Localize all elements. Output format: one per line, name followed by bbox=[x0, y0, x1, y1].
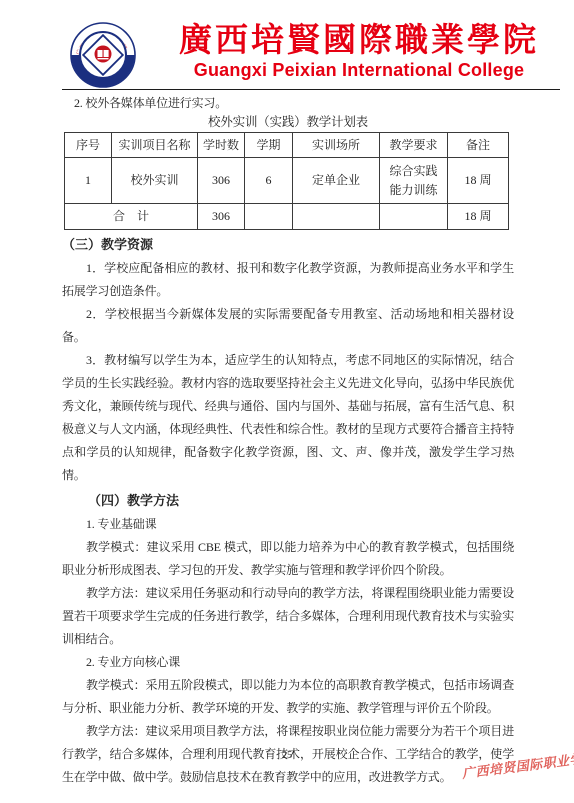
col-header-requirement: 教学要求 bbox=[380, 133, 448, 158]
section4-heading: （四）教学方法 bbox=[62, 491, 514, 513]
section3-heading: （三）教学资源 bbox=[62, 235, 514, 257]
table-row: 1 校外实训 306 6 定单企业 综合实践 能力训练 18 周 bbox=[65, 158, 509, 204]
section4-sub2-paragraph-1: 教学模式：采用五阶段模式，即以能力为本位的高职教育教学模式，包括市场调查与分析、… bbox=[62, 674, 514, 720]
cell-semester: 6 bbox=[245, 158, 293, 204]
document-body: 2. 校外各媒体单位进行实习。 校外实训（实践）教学计划表 序号 实训项目名称 … bbox=[62, 93, 514, 789]
section3-paragraph-1: 1．学校应配备相应的教材、报刊和数字化教学资源，为教师提高业务水平和学生拓展学习… bbox=[62, 257, 514, 303]
col-header-seq: 序号 bbox=[65, 133, 112, 158]
section4-sub1-paragraph-1: 教学模式：建议采用 CBE 模式，即以能力培养为中心的教育教学模式，包括围绕职业… bbox=[62, 536, 514, 582]
section3-paragraph-3: 3．教材编写以学生为本，适应学生的认知特点，考虑不同地区的实际情况，结合学员的生… bbox=[62, 349, 514, 487]
section4-sub1-paragraph-2: 教学方法：建议采用任务驱动和行动导向的教学方法，将课程围绕职业能力需要设置若干项… bbox=[62, 582, 514, 651]
cell-total-semester bbox=[245, 204, 293, 230]
cell-name: 校外实训 bbox=[112, 158, 198, 204]
section3-paragraph-2: 2．学校根据当今新媒体发展的实际需要配备专用教室、活动场地和相关器材设备。 bbox=[62, 303, 514, 349]
college-title-zh: 廣西培賢國際職業學院 bbox=[158, 22, 560, 60]
cell-seq: 1 bbox=[65, 158, 112, 204]
cell-requirement: 综合实践 能力训练 bbox=[380, 158, 448, 204]
section4-sub1-title: 1. 专业基础课 bbox=[62, 513, 514, 536]
header-divider bbox=[62, 89, 560, 90]
cell-note: 18 周 bbox=[448, 158, 509, 204]
col-header-note: 备注 bbox=[448, 133, 509, 158]
table-header-row: 序号 实训项目名称 学时数 学期 实训场所 教学要求 备注 bbox=[65, 133, 509, 158]
page-header: 广西培贤国际职业学院 GUANGXI PEIXIAN INTERNATIONAL… bbox=[62, 22, 560, 88]
col-header-location: 实训场所 bbox=[293, 133, 380, 158]
col-header-semester: 学期 bbox=[245, 133, 293, 158]
table-total-row: 合 计 306 18 周 bbox=[65, 204, 509, 230]
cell-total-hours: 306 bbox=[198, 204, 245, 230]
document-page: 广西培贤国际职业学院 GUANGXI PEIXIAN INTERNATIONAL… bbox=[0, 0, 574, 803]
intro-line: 2. 校外各媒体单位进行实习。 bbox=[62, 93, 514, 114]
col-header-hours: 学时数 bbox=[198, 133, 245, 158]
col-header-name: 实训项目名称 bbox=[112, 133, 198, 158]
cell-total-location bbox=[293, 204, 380, 230]
cell-total-note: 18 周 bbox=[448, 204, 509, 230]
cell-total-requirement bbox=[380, 204, 448, 230]
table-title: 校外实训（实践）教学计划表 bbox=[62, 114, 514, 131]
cell-location: 定单企业 bbox=[293, 158, 380, 204]
training-plan-table: 序号 实训项目名称 学时数 学期 实训场所 教学要求 备注 1 校外实训 306… bbox=[64, 132, 509, 230]
section4-sub2-title: 2. 专业方向核心课 bbox=[62, 651, 514, 674]
emblem-center bbox=[95, 46, 112, 63]
cell-hours: 306 bbox=[198, 158, 245, 204]
college-titles: 廣西培賢國際職業學院 Guangxi Peixian International… bbox=[158, 22, 560, 81]
college-title-en: Guangxi Peixian International College bbox=[158, 60, 560, 81]
college-emblem-icon: 广西培贤国际职业学院 GUANGXI PEIXIAN INTERNATIONAL… bbox=[70, 22, 136, 88]
cell-total-label: 合 计 bbox=[65, 204, 198, 230]
